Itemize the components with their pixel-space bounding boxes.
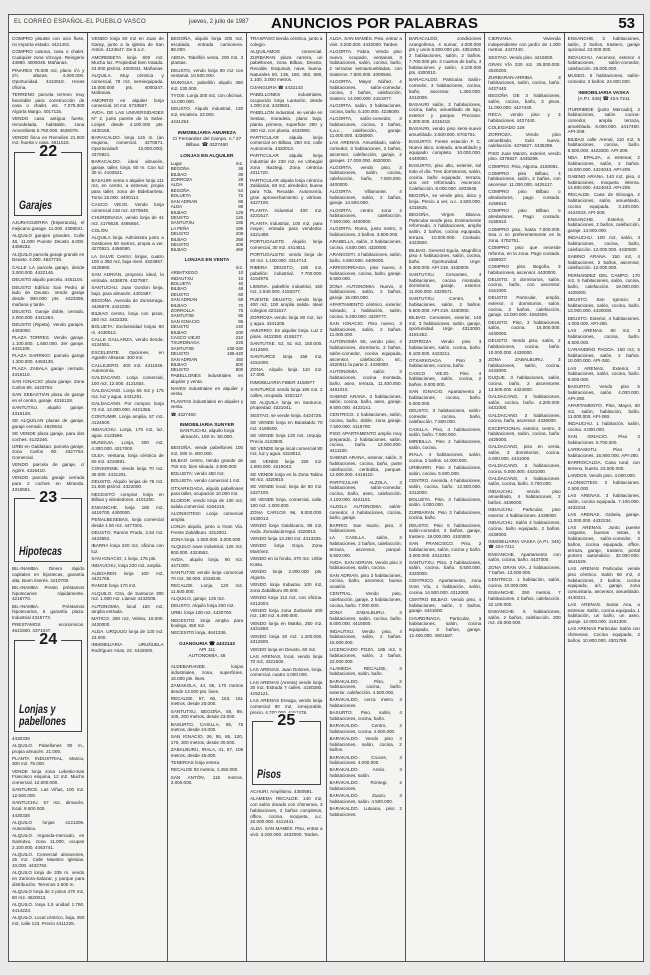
classified-ad: PLAZA TORRES. Vendo garaje. 1.100.000. 1… bbox=[12, 335, 84, 352]
classified-ad: LAS ARENAS. Amueblado, salón-comedor, 3 … bbox=[330, 140, 402, 163]
classified-ad: BARAKALDO. Cruces, 3 habitaciones. 4.000… bbox=[330, 755, 402, 766]
classified-ad: VENDO lonja Galdácano, 86 m2, Avda. Zuma… bbox=[250, 523, 322, 534]
classified-ad: PISO Juan Manzo, exterior, vendo piso. 4… bbox=[488, 151, 560, 162]
classified-ad: BILBAO. General Eguía. Magnífico piso 4 … bbox=[409, 248, 481, 271]
classified-ad: SAN SEBASTIÁN plaza de garaje en el cent… bbox=[12, 392, 84, 403]
classified-ad: MATICO. 280 m2, Veleta, 18.000. 4420000. bbox=[91, 616, 163, 627]
classified-ad: DEUSTO Particular, amplio, exterior, 4 d… bbox=[488, 295, 560, 318]
classified-ad: LAS ARENAS. 3 habitaciones, salón, cocin… bbox=[568, 493, 640, 510]
classified-ad: SANTUTXE. 52, 51 m2, 150.000. 4412500. bbox=[250, 341, 322, 352]
classified-ad: ENSANCHE. 5 habitaciones, salón, 2 baños… bbox=[488, 609, 560, 626]
table-title: LONJAS EN ALQUILER bbox=[171, 154, 243, 159]
classified-ad: DEUSTO Edificio San Pedro al lado de Deu… bbox=[12, 285, 84, 308]
classified-ad: SANTUCHU. 57 m2, almacén, local. 8.600.0… bbox=[12, 800, 84, 811]
classified-ad: BEGOÑA. Avenida de Zumárraga. 4426879. 4… bbox=[91, 298, 163, 309]
classified-ad: RIBERA DEUSTO, 180 m2, pabellón industri… bbox=[250, 265, 322, 282]
classified-ad: CONTUMIR. Lonja amplia, 57 m2. 4124500. bbox=[91, 414, 163, 425]
classified-ad: FERNÁNDEZ DEL CAMPO. 170 m2, 5 habitacio… bbox=[568, 273, 640, 296]
classified-ad: GALDACANO, 4 habitaciones, salón, cocina… bbox=[488, 476, 560, 487]
classified-ad: EXCELENTE. Opciones, en Agustín Altsazar… bbox=[91, 350, 163, 361]
classified-ad: LA CASILLA. salón, 3 habitaciones, 2 bañ… bbox=[330, 535, 402, 558]
classified-ad: BARAKALDO, cerca metro, 3 habitaciones. bbox=[330, 697, 402, 708]
classified-ad: BARACALDO. lonja 115 m. (an esquina, com… bbox=[91, 135, 163, 158]
classified-ad: BILBAO. Cervantes, exterior, 140 m2, 3 h… bbox=[409, 315, 481, 338]
classified-ad: APARTAMENTO céntrico, exterior, soleado,… bbox=[330, 302, 402, 319]
classified-ad: DEUSTO. 3 habitaciones, salón-comedor, c… bbox=[409, 408, 481, 425]
classified-ad: NECESITO lonja, 4641336. bbox=[171, 630, 243, 636]
classified-ad: GALDACANO, 3 habitaciones, salón, cocina… bbox=[488, 394, 560, 411]
classified-ad: VENDO lonja Indautxu 100 m2, zona Zabálb… bbox=[250, 582, 322, 593]
classified-ad: OJANGURIA ☎ 4432143 bbox=[250, 85, 322, 91]
classified-ad: VENDO lonja zona Zurbarán 200 m2, 180 m2… bbox=[250, 608, 322, 619]
classified-ad: AVDA. SAN ADRIAN. Vendo piso 3 habitacio… bbox=[330, 560, 402, 571]
classified-ad: SAN ADRIÁN, proyecto ideal, la entrada. … bbox=[91, 272, 163, 283]
classified-ad: ALGORTA. Fabra. Vendo piso nuevo, ocupad… bbox=[330, 49, 402, 78]
column-5: ALDA. SAN MAMÉS. Piso, entrar a vivir. 3… bbox=[327, 33, 406, 961]
classified-ad: BASURTO, CASILLA, 65, 75 metros, desde 2… bbox=[171, 722, 243, 733]
classified-ad: SANTUTXU. Centro, 5 habitaciones, salón,… bbox=[409, 296, 481, 313]
classified-ad: SE VENDE lonja local comercial 80 m2, lu… bbox=[250, 446, 322, 457]
classified-ad: SABINO ARANA. 150 m2, 4 habitaciones, 2 … bbox=[568, 254, 640, 271]
classified-ad: AMOREBIETA lonja 600 m2. Mucha luz. Prop… bbox=[91, 55, 163, 72]
classified-ad: CALLEJERO. 400 m2. 4311026. Autonomía. bbox=[91, 363, 163, 374]
classified-ad: CENTRAL. Vendo piso, calefacción, garaje… bbox=[330, 591, 402, 608]
classified-ad: LAS ARENAS. 80 m2, 3 habitaciones, cocin… bbox=[568, 328, 640, 345]
classified-ad: LAS ARENAS. Juan Dolores, lonja, comerci… bbox=[250, 667, 322, 678]
publication-date: jueves, 2 julio de 1987 bbox=[189, 19, 249, 25]
classified-ad: LAS ARENAS. Santa Ana, a estrenar. Salón… bbox=[568, 602, 640, 625]
classified-ad: PLAZA SARRIKO: parcela garaje 1.300.000.… bbox=[12, 353, 84, 364]
classified-ad: CENTRICO. 2 habitaciones, salón, cocina,… bbox=[330, 412, 402, 429]
classified-ad: ALBOAREN lonja 100 m2, 4421765. bbox=[91, 571, 163, 582]
columns: COMPRO pisuste con ocio fluss, no import… bbox=[9, 33, 643, 961]
page-title: ANUNCIOS POR PALABRAS bbox=[271, 15, 478, 32]
classified-ad: INMOBILIARIA URUÑUELA Rodríguez Arias, 2… bbox=[91, 642, 163, 653]
classified-ad: INDAUCHU. Vendo piso amueblado, 4 habita… bbox=[488, 489, 560, 506]
classified-ad: PINARES 75.000 m2, plano 1½ y 2½ alturas… bbox=[12, 68, 84, 91]
classified-ad: ALGORTA. Romo, junto metro, 3 habitacion… bbox=[330, 226, 402, 237]
classified-ad: INMOBILIARIA VASKA (A.P.I. 345) ☎ 424-72… bbox=[488, 539, 560, 550]
classified-ad: VENDE lonja zona Lekeitio-San Francisco … bbox=[12, 769, 84, 786]
classified-ad: SE VENDE lonja en la Zona Tabira 90 m2. … bbox=[250, 472, 322, 483]
classified-ad: ARABELLA, salón, 3 habitaciones, cocina.… bbox=[330, 239, 402, 250]
classified-ad: COMPRO pisuste con ocio fluss, no import… bbox=[12, 36, 84, 47]
agency-line3: AUTONOMÍA, 48 bbox=[171, 654, 243, 660]
agency-line2: (A.P.I. 345) ☎ 424-7211 bbox=[568, 97, 640, 103]
classified-ad: INDAUCHU. Lonja, 170 m2, luz, agua. 4123… bbox=[91, 427, 163, 438]
agency-block: INMOBILIARIA SUNYERSANTUCHU, alquilo lon… bbox=[171, 423, 243, 441]
classified-ad: SESTAO. Vendo piso. 4415000. bbox=[488, 55, 560, 61]
classified-ad: ZURBARAN. Piso 3 habitaciones, cocina, b… bbox=[409, 510, 481, 521]
classified-ad: ZONA ZABALBURU. 3 habitaciones, salón, c… bbox=[330, 610, 402, 627]
classified-ad: SANTUTXU, BEGOÑA, 56, 69, 105, 200 metro… bbox=[171, 709, 243, 720]
classified-ad: OTXARKOAGA, alquilo pabellones para tall… bbox=[171, 486, 243, 497]
classified-ad: AUTONOMÍA, salón 3 habitaciones, cocina … bbox=[330, 369, 402, 392]
classified-ad: PORTUGALETE: vendo lonja de 40 m2. 1.100… bbox=[250, 252, 322, 263]
classified-ad: PABELLONES industriales, ocupación lonja… bbox=[250, 92, 322, 109]
classified-ad: BASURTO. Vendo piso 5 habitaciones, saló… bbox=[568, 384, 640, 401]
classified-ad: ENSANCHE, lonja 180 m2, 4419700. 4400000… bbox=[91, 505, 163, 516]
classified-ad: TERRENO parcela terreno muy favorable pa… bbox=[12, 92, 84, 115]
classified-ad: SAN IGNACIO, 36, 55, 65, 120, 175, 300 m… bbox=[171, 734, 243, 745]
classified-ad: BIL-INAMBA. Presto préstamos hipotecario… bbox=[12, 585, 84, 602]
classified-ad: VENDO en la fonda, 370 m2. Uribe Kosta. bbox=[250, 556, 322, 567]
classified-ad: COLÓN bbox=[91, 228, 163, 234]
classified-ad: MUNGUIA. Lonja, 200 m2, 4.300.000. 43170… bbox=[91, 440, 163, 451]
classified-ad: BARAKALDO. Piso, 3 habitaciones, cocina,… bbox=[330, 679, 402, 696]
classified-ad: LICENCIADO POZA, 165 m2, 5 habitaciones,… bbox=[330, 647, 402, 664]
classified-ad: OLEA. Ventana, lonja céntrica de 50 m2. … bbox=[91, 453, 163, 464]
classified-ad: COMPRO. Piso, Algorta. 4150081. bbox=[488, 164, 560, 170]
classified-ad: RECALDE. 57, 60, 153, 161 metros, desde … bbox=[171, 696, 243, 707]
classified-ad: BEGOÑA, alquilo lonja 200 m2, escalada, … bbox=[171, 36, 243, 53]
agency-address: C/ Fernandez del Campo, n.º 27 bbox=[171, 137, 243, 143]
classified-ad: GABINO ARANA, exterior, salón, 3 habitac… bbox=[330, 455, 402, 478]
classified-ad: SAN ANTÓN, 115 metros. 2.000.000. bbox=[171, 775, 243, 786]
classified-ad: CIERVANA. Vivienda independiente con jar… bbox=[488, 36, 560, 53]
section-header: 24Lonjas y pabellones bbox=[14, 640, 82, 732]
classified-ad: PLANTAS industriales en alquiler y venta… bbox=[171, 399, 243, 410]
classified-ad: ZAMAKOLA, 44, 65, 170 metros desde 13.00… bbox=[171, 683, 243, 694]
classified-ad: INDAUCHU. Ascensor, exterior 4 habitacio… bbox=[568, 55, 640, 72]
masthead: EL CORREO ESPAÑOL-EL PUEBLO VASCO jueves… bbox=[9, 15, 643, 33]
agency-block: INMOBILIARIA AMUREZAC/ Fernandez del Cam… bbox=[171, 131, 243, 149]
classified-ad: ALDA. URQUIJO lonja de 120 m2. 23.000. bbox=[91, 629, 163, 640]
classified-ad: SANTURCE lonja 156 m2, 4151000. bbox=[250, 354, 322, 365]
classified-ad: BILBAO centro, tienda grande de 750 m2, … bbox=[171, 458, 243, 469]
classified-ad: ZONA AUTONOMIA. Nuevo, 3 habitaciones, s… bbox=[330, 284, 402, 301]
classified-ad: SAN IGNACIO, 1 lonja, 175 pts. bbox=[91, 556, 163, 562]
classified-ad: SE VENDE lonja en Barakaldo 70 m2. 41855… bbox=[250, 420, 322, 431]
section-title: Lonjas y pabellones bbox=[19, 703, 66, 727]
classified-ad: DEUSTO, Ramón Prado, 2,54 m2. 4423652. bbox=[91, 530, 163, 541]
classified-ad: ALONSOTEGI. 2 habitaciones. 2.500.000. bbox=[568, 480, 640, 491]
classified-ad: GALDACANO, piso en venta, salón, 3 dormi… bbox=[488, 444, 560, 461]
classified-ad: 4441254 bbox=[171, 119, 243, 125]
classified-ad: ALZOLA AUTONOMIA, salón-comedor, 4 habit… bbox=[330, 504, 402, 521]
classified-ad: CHURDINAGA, vendo lonja de 44 m2. 417662… bbox=[91, 215, 163, 226]
classified-ad: LAS ARENAS Particular. Salón con chimene… bbox=[568, 626, 640, 643]
classified-ad: BARACALDO, condiciones Arangoñena, 4 sum… bbox=[409, 36, 481, 76]
classified-ad: PLANTA industrial, 100 m2, para mayor, e… bbox=[250, 221, 322, 238]
classified-ad: ALGORTA, salón-comedor, 3 habitaciones, … bbox=[330, 116, 402, 139]
classified-ad: 4430336 bbox=[12, 813, 84, 819]
classified-ad: ALQUILO lonjas 4121306. Automática. bbox=[12, 820, 84, 831]
classified-ad: CASILLA. Piso, 4 habitaciones, salón, ba… bbox=[409, 427, 481, 438]
classified-ad: GABINO ARANA, 140 m2, piso, 4 habitacion… bbox=[568, 174, 640, 191]
agency-name: INMOBILIARIA VASKA bbox=[568, 91, 640, 97]
classified-ad: LAS ARENAS, local, vendo lonja 70 m2, 43… bbox=[250, 654, 322, 665]
classified-ad: ALGORTA, centro zona 2 habitaciones, cal… bbox=[330, 208, 402, 225]
classified-ad: BARAKALDO. Zuazo, 3 habitaciones, salón.… bbox=[330, 793, 402, 804]
classified-ad: BOLUETA. vendo comercial 1 m2. bbox=[171, 478, 243, 484]
classified-ad: BOLUETA. Piso, 3 habitaciones, salón. 4.… bbox=[409, 497, 481, 508]
classified-ad: RECALDE. Casa de Eloxaga, 2 habitaciones… bbox=[568, 192, 640, 215]
classified-ad: VENDO lonja 2.000.000 pts. Algorta. bbox=[250, 569, 322, 580]
classified-ad: ZONA lonja. 1.050.000. 3.000.000. bbox=[171, 537, 243, 543]
classified-ad: LAS ARENAS Particular, vende piso céntri… bbox=[568, 566, 640, 600]
classified-ad: ZORROZA. Vendo piso amueblado, todo nuev… bbox=[488, 132, 560, 149]
classified-ad: VENDO parcela de garaje, c/ Agirre. 4316… bbox=[12, 462, 84, 473]
classified-ad: BIL-INAMBA. Dinero rápido capitales en h… bbox=[12, 566, 84, 583]
classified-ad: ALAMEDA RECALDE, 3 habitaciones, salón, … bbox=[330, 666, 402, 677]
classified-ad: BARAKALDO. Rontegi, 2 habitaciones. bbox=[330, 780, 402, 791]
classified-ad: GALDACANO. Por compra: lonja 73 m2. 12.0… bbox=[91, 401, 163, 412]
location-cell: BILBAO bbox=[171, 247, 187, 252]
classified-ad: SESTAO, se vende lonja. 4424726. bbox=[250, 413, 322, 419]
classified-ad: MIRIBILLA. Piso 2 habitaciones, salón, c… bbox=[409, 439, 481, 450]
classified-ad: DEUSTO. Exterior, 4 habitaciones. 4.000.… bbox=[568, 316, 640, 327]
classified-ad: BOLUETA: Exclusividad lonjas 80 m. 44305… bbox=[91, 324, 163, 335]
classified-ad: TENERIAS lonja entera. bbox=[171, 760, 243, 766]
classified-ad: VENDO lonja 40 m2. 1.200.000. 4312500. bbox=[250, 634, 322, 645]
section-number: 23 bbox=[35, 490, 61, 506]
classified-ad: BASAURI, vendo piso semi-nuevo amueblado… bbox=[409, 126, 481, 137]
classified-ad: LARRASKITU. Piso 4 habitaciones. 16.800.… bbox=[568, 447, 640, 458]
section-number: 24 bbox=[35, 632, 61, 648]
classified-ad: ALGORTA, vendo piso, 3 habitaciones, sal… bbox=[330, 165, 402, 188]
classified-ad: DEUSTO. Piso, 3 habitaciones, salón, coc… bbox=[488, 320, 560, 337]
classified-ad: CASCO VIEJO. Vendo lonja comercial 218 m… bbox=[91, 202, 163, 213]
classified-ad: OTXARKOAGA. Piso 3 habitaciones, cocina,… bbox=[409, 358, 481, 369]
classified-ad: ALQUILA. Muy céntrica y comercial, 78 m2… bbox=[91, 73, 163, 96]
classified-ad: SANTUCHU. Juan Gordon lonja, bajo, para … bbox=[91, 285, 163, 296]
classified-ad: ENSANCHE. Apartamento con salón, cocina,… bbox=[488, 552, 560, 563]
classified-ad: ARANGOITI. 3 habitaciones, salón, baño. … bbox=[330, 252, 402, 263]
classified-ad: CENTRO. Avenida, 4 habitaciones, salón, … bbox=[409, 478, 481, 495]
newspaper-name: EL CORREO ESPAÑOL-EL PUEBLO VASCO bbox=[14, 19, 146, 25]
area-cell: 460 bbox=[236, 247, 243, 252]
classified-ad: CALLE GALLARZA, vendo tienda. 4124551. bbox=[91, 337, 163, 348]
classified-ad: SANTURCE vendo lonja 180 m2. 2 calles, o… bbox=[250, 387, 322, 398]
classified-ad: RANGE lonja 170 m2. bbox=[91, 583, 163, 589]
classified-ad: NDA. EPALZA, a estrenar, 2 habitaciones,… bbox=[568, 155, 640, 172]
table-title: LONJAS EN VENTA bbox=[171, 258, 243, 263]
classified-ad: SANTUTXE vende lonja comercial 70 m2, 30… bbox=[171, 570, 243, 581]
classified-ad: INDAUTXU. Vendo piso, 4 habitaciones, sa… bbox=[330, 629, 402, 646]
classified-ad: SANTUTXU. Cervantes, 4 habitaciones, coc… bbox=[409, 272, 481, 295]
classified-ad: ABGIA. Tabellón venta, 200 m2, 3 plantas… bbox=[171, 55, 243, 66]
column-3: BEGOÑA, alquilo lonja 200 m2, escalada, … bbox=[168, 33, 247, 961]
classified-ad: EXCEPCIONAL exterior, centro, 3 habitaci… bbox=[488, 426, 560, 443]
classified-ad: ALDA. SAN MAMÉS. Piso, entrar a vivir. 3… bbox=[250, 826, 322, 837]
classified-ad: ZONA GRAN VÍA. 2 habitaciones, 7 baños. … bbox=[488, 565, 560, 576]
classified-ad: ZABALBURU, IRALA, 41, 67, 108 metros, de… bbox=[171, 747, 243, 758]
classified-ad: BASURTO. Piso, salón, 4 habitaciones, co… bbox=[330, 710, 402, 721]
classified-ad: DEUSTO. Garaje doble, cerrado. 2.000.000… bbox=[12, 309, 84, 320]
classified-ad: ZONA CARLOS 96, 8.000.000. 4430013. bbox=[250, 510, 322, 521]
section-title: Garajes bbox=[19, 199, 52, 211]
classified-ad: ALQUILO parcela garaje grande en Deusto.… bbox=[12, 252, 84, 263]
classified-ad: BASURTO, piso alto, exterior, sol todo e… bbox=[409, 163, 481, 192]
classified-ad: ALQUILO lonja de 335 m. vendo en Zamora-… bbox=[12, 870, 84, 887]
classified-ad: DEUSTO. Alquilo lonja 200 m2. bbox=[171, 603, 243, 609]
classified-ad: SE VENDE local, lonja de 50 m2. 4327100. bbox=[250, 484, 322, 495]
classified-ad: 4430336 bbox=[12, 736, 84, 742]
classified-ad: ALDA. SAN MAMÉS. Piso, entrar a vivir. 3… bbox=[330, 36, 402, 47]
classified-ad: SAN FRANCISCO. Piso, 2 habitaciones, sal… bbox=[409, 541, 481, 558]
classified-ad: AMORRIO en alquiler lonja comercial, 10 … bbox=[91, 98, 163, 109]
classified-ad: BARACALDO. ideal almacén, garaje, taller… bbox=[91, 159, 163, 176]
classified-ad: AVDA. alquilo lonja, 90 m2. 4471000. bbox=[171, 557, 243, 568]
classified-ad: LAS ARENAS. Junto puente colgante, buena… bbox=[568, 525, 640, 565]
column-7: CIERVANA. Vivienda independiente con jar… bbox=[485, 33, 564, 961]
classified-ad: COMPRO casona, casa o chalet. Cualquier … bbox=[12, 49, 84, 66]
classified-ad: BARAKALDO. Lutxana, piso 2 habitaciones. bbox=[330, 806, 402, 817]
classified-ad: ALQUILO. lonja 1.5 unidad 1.760. 4414223… bbox=[12, 902, 84, 913]
classified-ad: SE VENDE lonja 120 m2. Urquijo. Precio 4… bbox=[250, 433, 322, 444]
classified-ad: COMPRO piso Bilbao o alrededores. Pago c… bbox=[488, 208, 560, 225]
classified-ad: URBI en Galdakao: parcela garaje, zona C… bbox=[12, 444, 84, 461]
classified-ad: ALGORTA. Mayor Núñez. 4 habitaciones, sa… bbox=[330, 79, 402, 102]
classified-ad: BASAURI venta o alquiler lonja 111 m2, e… bbox=[91, 178, 163, 201]
classified-ad: ☎ 4327460 bbox=[171, 412, 243, 418]
classified-ad: ARRIGORRIAGA, piso nuevo, 4 habitaciones… bbox=[330, 265, 402, 282]
classified-ad: SE VENDE lonja, comercial, calle, 100 m2… bbox=[250, 497, 322, 508]
classified-ad: BARRIOCALDA. Casa rural, con terreno, hu… bbox=[568, 460, 640, 471]
classified-ad: LA SALVE Centro: lonjas, cuatro 100 a 35… bbox=[91, 254, 163, 271]
column-8: ENSANCHE, 3 habitaciones, salón, 2 baños… bbox=[565, 33, 643, 961]
classified-ad: NECESITO. lonja amplia para bodega, 450 … bbox=[171, 618, 243, 629]
classified-ad: PARTICULAR alquila lonja comercial en Bi… bbox=[250, 135, 322, 152]
classified-ad: VENDO lonja 112 m2, con oficina. 4312004… bbox=[250, 595, 322, 606]
classified-ad: SAN IGNACIO. Piso nuevo, 3 habitaciones,… bbox=[330, 321, 402, 338]
classified-ad: PARTICULAR alquila lonja céntrica Zaldia… bbox=[250, 178, 322, 207]
classified-ad: ALONSOTEGI Lonja comercial amplia. bbox=[171, 511, 243, 522]
classified-ad: ALDEBARANDE. lonjas industriales, zona, … bbox=[171, 664, 243, 681]
classified-ad: PARTICULAR alquila lonja industrial de 2… bbox=[250, 153, 322, 176]
classified-ad: NAVES industriales en alquiler y venta. bbox=[171, 386, 243, 397]
classified-ad: ZURBARAN-ARRIBA. 3 habitaciones, salón, … bbox=[488, 75, 560, 92]
classified-ad: CALLE LA parcela garaje, desde 3.000.000… bbox=[12, 265, 84, 276]
classified-ad: LIMONA. pabellón industrial, 160 m2, 2.9… bbox=[250, 284, 322, 295]
classified-ad: SE ALQUILAN plazas de garaje, garaje cer… bbox=[12, 418, 84, 429]
classified-ad: ALQUILO garajes grandes. Calle 48, 11.00… bbox=[12, 233, 84, 250]
classified-ad: GALDACANO. Lonja comercial, 100 m2, 12.0… bbox=[91, 375, 163, 386]
classified-ad: URIBARRI. Piso 3 habitaciones, salón, co… bbox=[409, 465, 481, 476]
classified-ad: NECESITO comprar lonja en Bilbao y alred… bbox=[91, 492, 163, 503]
classified-ad: SE VENDE lonja 150 m2. 1.800.000. 421904… bbox=[250, 459, 322, 470]
classified-ad: TRASPASO tienda céntrica, junto a colegi… bbox=[250, 36, 322, 47]
classified-ad: PEÑALBESEBAS, lonja comercial desde 1.50… bbox=[91, 517, 163, 528]
classified-ad: AJURIAGUERRA (Esperanza), el mejicano ga… bbox=[12, 220, 84, 231]
classified-ad: ALGORTA. salón, 3 habitaciones, cocina, … bbox=[330, 103, 402, 114]
classified-ad: ALQUILO. Comercial almacenes, 25 m2. Cal… bbox=[12, 852, 84, 869]
section-number: 22 bbox=[35, 144, 61, 160]
classified-ad: LAS ARENAS. Exterior, 3 habitaciones, sa… bbox=[568, 366, 640, 383]
classified-ad: RECALDE 93 metros, 1.450.000. bbox=[171, 767, 243, 773]
classified-ad: GALDACANO. Lonja 65 m2 y 175 m2, luz y a… bbox=[91, 388, 163, 399]
classified-ad: ZONA. Alquilo lonja 110 m2. 17.000. bbox=[250, 367, 322, 378]
classified-ad: ENSANCHE. 250 metros, 7 habitaciones, 2 … bbox=[488, 590, 560, 607]
classified-ad: BEGOÑA DE 3 habitaciones, salón, cocina,… bbox=[488, 93, 560, 110]
classified-ad: IRALA. 4 habitaciones, salón, cocina, 2 … bbox=[409, 452, 481, 463]
classified-ad: AUTONOMÍA 55, vendo piso, 4 habitaciones… bbox=[330, 339, 402, 368]
classified-ad: GALDACANO. 3 habitaciones, cocina, baño,… bbox=[488, 413, 560, 424]
classified-ad: SE ALQUILA lonja en Santurce, propiedad.… bbox=[250, 400, 322, 411]
classified-ad: DEUSTO. 3 dormitorios, salón, cocina, ba… bbox=[488, 277, 560, 294]
classified-ad: ALQUILO nave industrial, 125 m2. 800.000… bbox=[171, 544, 243, 555]
classified-ad: COMPRO piso que necesite reforma, en la … bbox=[488, 245, 560, 262]
classified-ad: URBI. lonja 100 m2, 4420700. bbox=[171, 610, 243, 616]
agency-name: INMOBILIARIA AMUREZA bbox=[171, 131, 243, 137]
agency-city_phone: Bilbao. ☎ 4327460 bbox=[171, 143, 243, 149]
classified-ad: CENTRICO. 1 habitación, salón, cocina. 1… bbox=[488, 577, 560, 588]
classified-ad: ACHURI. Amplísimo. 4350591. bbox=[250, 789, 322, 795]
column-4: TRASPASO tienda céntrica, junto a colegi… bbox=[247, 33, 326, 961]
classified-ad: INDAUCHU, lonja 220 m2, amplia. bbox=[91, 563, 163, 569]
classified-ad: ZONA ZABALBURU. 3 habitaciones, salón, c… bbox=[488, 357, 560, 374]
classified-ad: SANTUTXU. alquilo garaje. 4316128. bbox=[12, 405, 84, 416]
agency-block: INMOBILIARIA VASKA(A.P.I. 345) ☎ 424-721… bbox=[568, 91, 640, 103]
classified-ad: BILBAO centro, lonja con pisos, 250 m2. … bbox=[91, 311, 163, 322]
classified-ad: BASURTO. Frente estación F. C. Nuevo áti… bbox=[409, 139, 481, 162]
classified-ad: GABINO ARANA. 3 habitaciones, salón, coc… bbox=[330, 394, 402, 411]
classified-ad: ALQUILO. Ctra. de Santurce 300 m2. 1.500… bbox=[91, 591, 163, 602]
classified-ad: GRAN VÍA 230 m2. 25.000.000. 4020200. bbox=[488, 62, 560, 73]
classified-ad: CENTRICO. Apartamento, zona Gran Vía, 1 … bbox=[409, 578, 481, 595]
classified-ad: DEUSTO, vendo lonja 80 m2 con ventanal. … bbox=[171, 68, 243, 79]
classified-ad: ZORROZA vendo lonja 80 m2, luz y agua. 4… bbox=[250, 315, 322, 326]
classified-ad: CARANDINO PAGOA. 150 m2, 5 habitaciones,… bbox=[568, 347, 640, 364]
classified-ad: PLANTA INDUSTRIAL, Mancu, 300 m2. 75.000… bbox=[12, 756, 84, 767]
section-header: 23Hipotecas bbox=[14, 498, 82, 562]
column-1: COMPRO pisuste con ocio fluss, no import… bbox=[9, 33, 88, 961]
classified-ad: VENDO lonja en Matiko, 250 m2. 4421550. bbox=[250, 621, 322, 632]
classified-ad: ALQUILO. Arganda-mercado, en Santutxu, z… bbox=[12, 833, 84, 850]
classified-ad: ALQUILO. Pabellones 90 m., propia almacé… bbox=[12, 743, 84, 754]
classified-ad: COMPRO piso Begoña, 3 habitaciones, asce… bbox=[488, 264, 560, 275]
classified-ad: PLANTA industrial 400 m2. 4231517. bbox=[250, 208, 322, 219]
classified-ad: BEGOÑA, vende pabellones 100 m2, 280 m. … bbox=[171, 445, 243, 456]
classified-ad: BARAKALDO. Vendo piso 3 habitaciones, sa… bbox=[330, 736, 402, 753]
classified-ad: PABELLONES industriales en alquiler y ve… bbox=[171, 373, 243, 384]
agency-block: OJANGURIA ☎ 4432143API 111AUTONOMÍA, 48 bbox=[171, 642, 243, 660]
classified-ad: DEUSTO (Ripeta). Vendo garajes. 4463000. bbox=[12, 322, 84, 333]
classified-ad: COLEGIADO 128 bbox=[488, 125, 560, 131]
classified-ad: CENTRO BILBAO. Vendo piso, 4 habitacione… bbox=[409, 597, 481, 614]
classified-ad: IBARRA lonja 220 m2, oficina con luz. bbox=[91, 543, 163, 554]
classified-ad: CASCO VIEJO. Piso 4 habitaciones, salón,… bbox=[409, 371, 481, 388]
classified-ad: ALQUILO, garaje, 125 m2. bbox=[171, 596, 243, 602]
section-title: Hipotecas bbox=[19, 545, 62, 557]
classified-ad: BARRIO. San Inazio, piso, 3 habitaciones… bbox=[330, 523, 402, 534]
classified-ad: ALQUILO lonja de 2 pisos 470 m2, 80 m2. … bbox=[12, 889, 84, 900]
classified-ad: DEUSTO. Alquilo lonjas de 75 m2. 21.000 … bbox=[91, 479, 163, 490]
classified-ad: BEGOÑA, Virgen Blanca. Particular vende … bbox=[409, 212, 481, 246]
classified-ad: INDAUCHU. 1 habitación, salón, cocina. 4… bbox=[568, 421, 640, 432]
classified-ad: APARTAMENTO. Piso, Mayor, 60 m2, salón, … bbox=[568, 403, 640, 420]
classified-ad: LAS ARENAS. Gobela, garaje. 11.000.000. … bbox=[568, 512, 640, 523]
classified-ad: SANTURCE. Las Viñas, 100 m2. 12.500.000. bbox=[12, 787, 84, 798]
classified-ad: COMPRO piso Bilbao o alrededores, pago c… bbox=[488, 189, 560, 206]
classified-ad: ENSANCHE, 3 habitaciones, salón, 2 baños… bbox=[568, 36, 640, 53]
classified-ad: CHURDINAGA. Particular, 3 habitaciones, … bbox=[409, 616, 481, 639]
classified-ad: BASAURI salón, 3 habitaciones, cocina, b… bbox=[409, 102, 481, 125]
classified-ad: MUNGUIA. pabellón alquilo 450 m2. 130.00… bbox=[171, 80, 243, 91]
classified-ad: DEUSTO. Vendo piso, salón, 2 habitacione… bbox=[488, 338, 560, 355]
classified-ad: ALQUILAMOS comercial. ZURBARAN plaza car… bbox=[250, 49, 322, 83]
table-row: BILBAO460 bbox=[171, 247, 243, 252]
classified-ad: BILBAO calle Arenal, 110 m2, 5 habitacio… bbox=[568, 137, 640, 154]
classified-ad: SE VENDE plaza garaje, para dos coches. … bbox=[12, 431, 84, 442]
classified-ad: INDAUCHU. 100 m2, salón, 3 habitaciones,… bbox=[568, 235, 640, 252]
classified-ad: ALGORTA. Villamonte. 4 habitaciones, sal… bbox=[330, 189, 402, 206]
classified-ad: COMPRO piso, hasta 7.000.000. Sea o no p… bbox=[488, 227, 560, 244]
classified-ad: BARACALDO. Particular. Salón-comedor, 3 … bbox=[409, 77, 481, 100]
agency-address: SANTUCHU, alquilo lonja almacén, 150 m. … bbox=[171, 429, 243, 441]
newspaper-page: EL CORREO ESPAÑOL-EL PUEBLO VASCO jueves… bbox=[8, 14, 644, 962]
